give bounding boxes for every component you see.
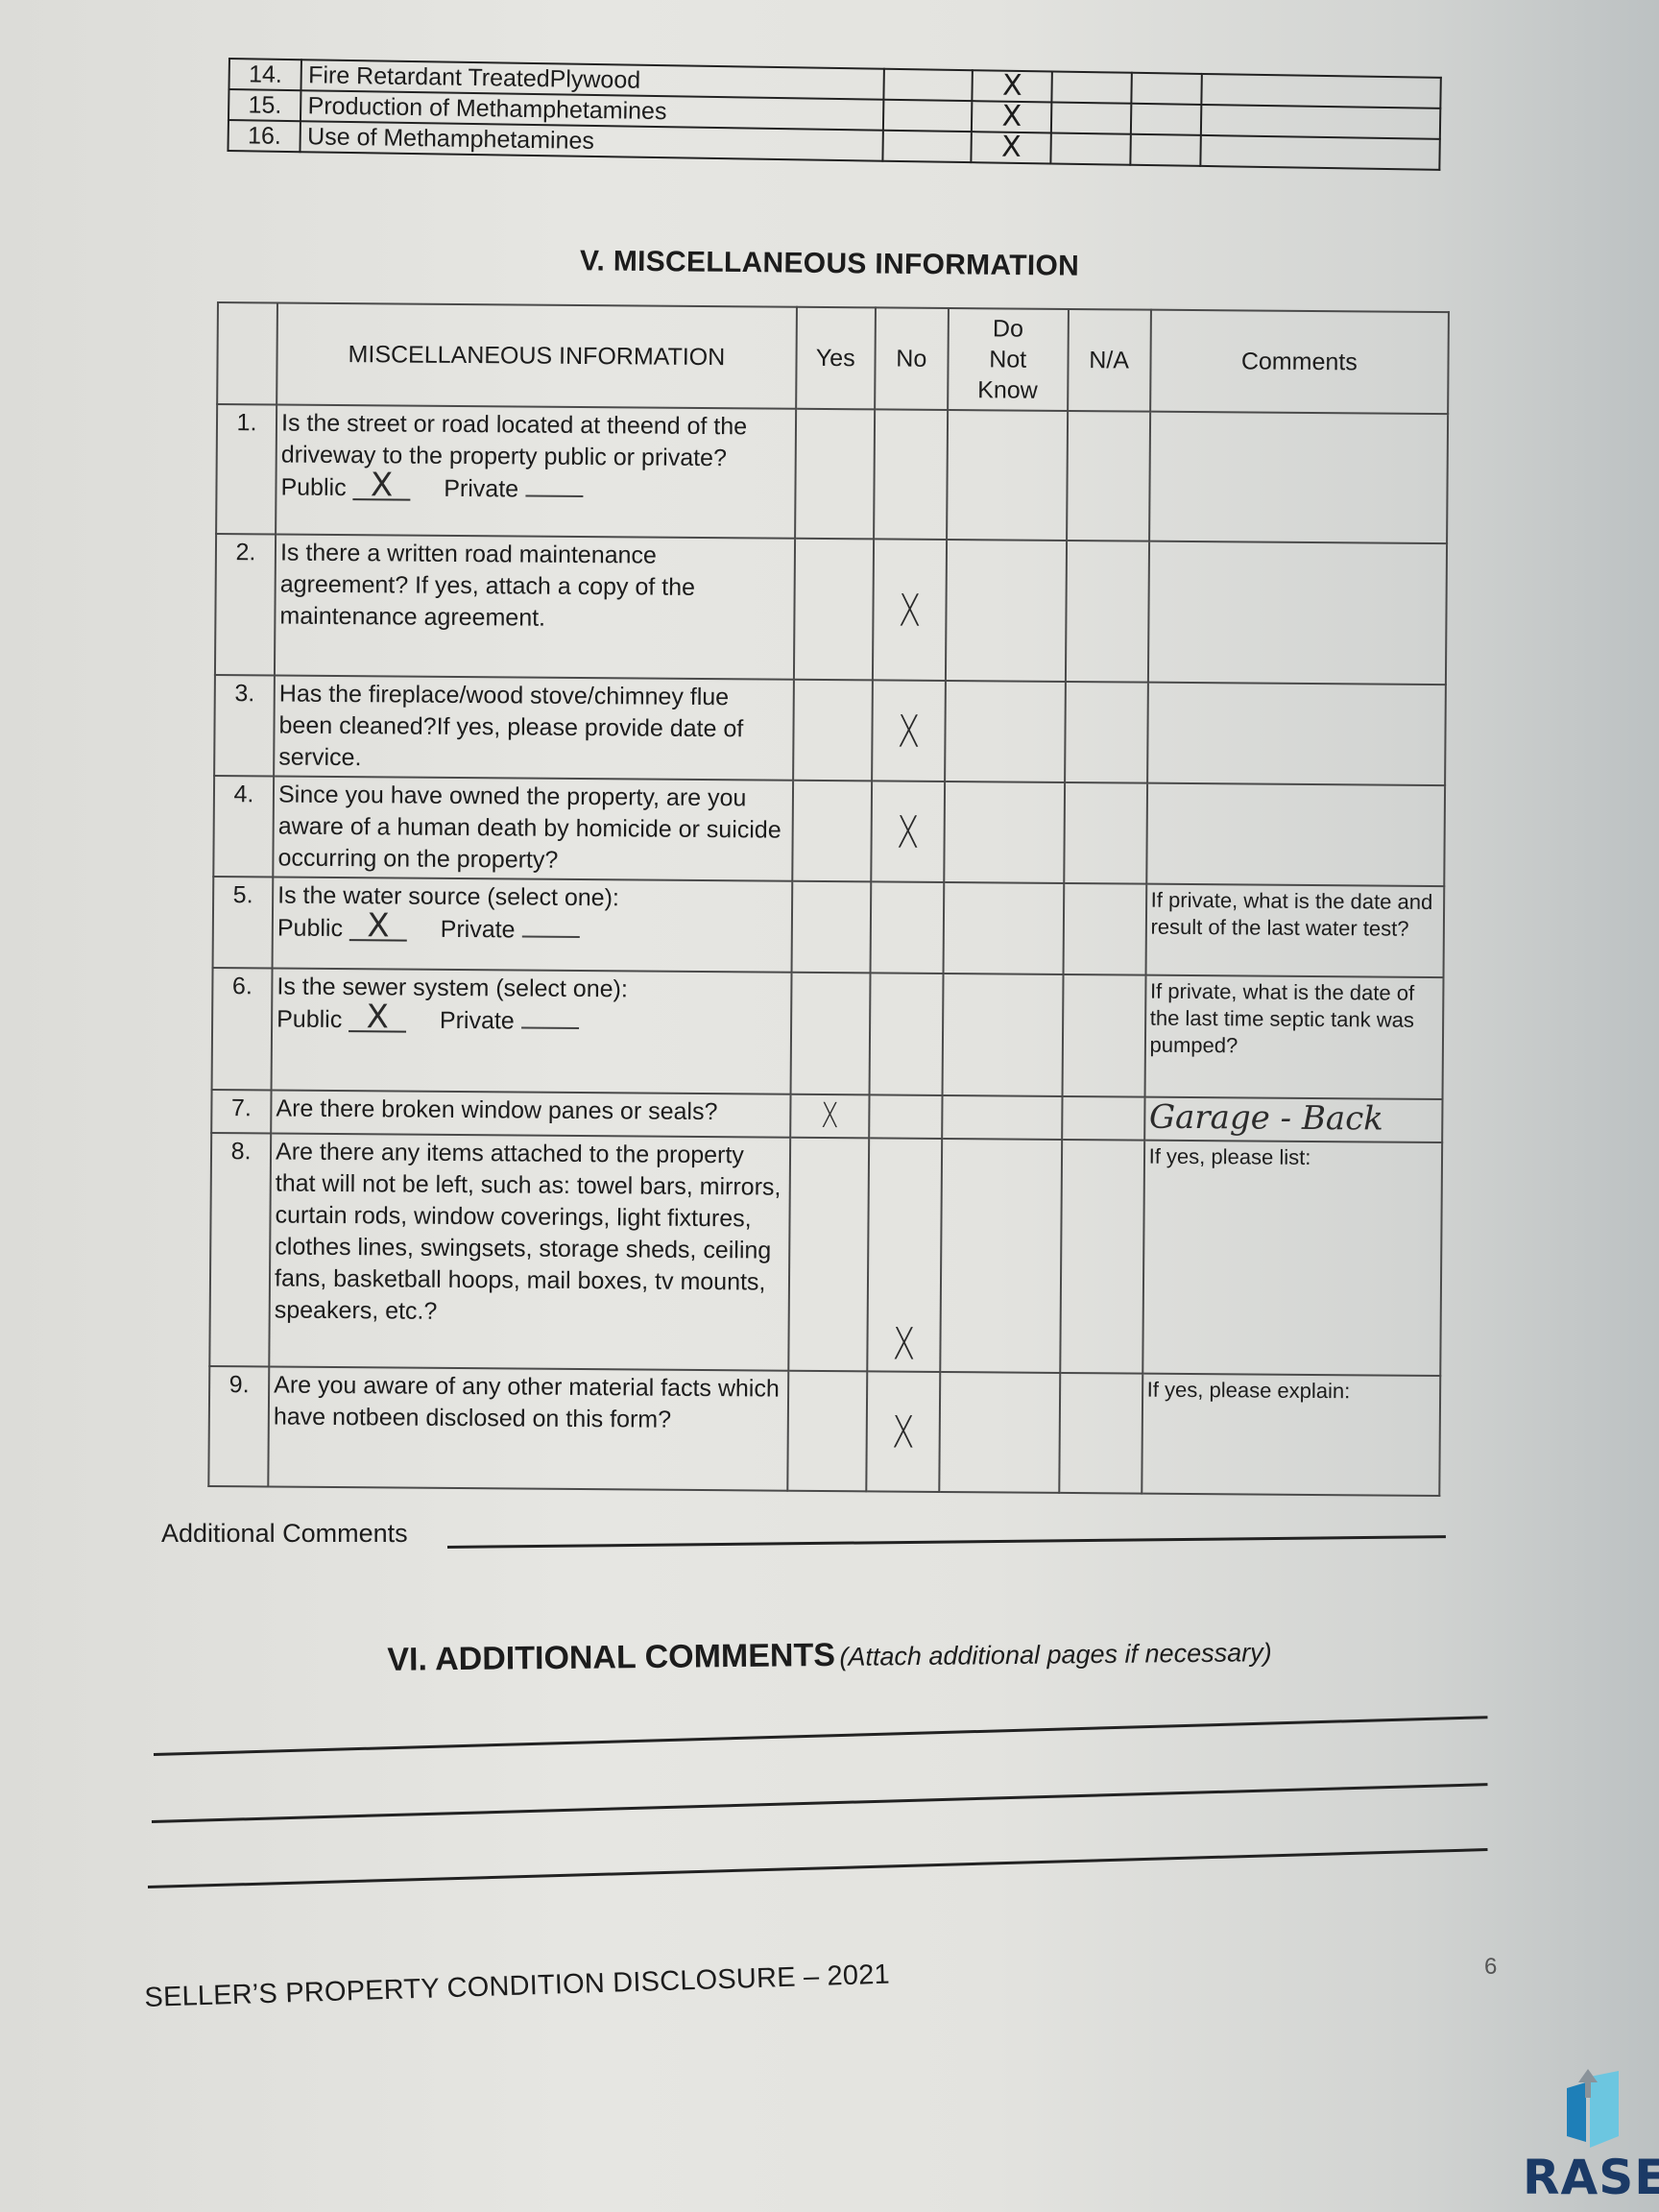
handwritten-comment: Garage - Back xyxy=(1149,1097,1383,1138)
no-cell[interactable]: X xyxy=(873,539,947,681)
na-cell[interactable] xyxy=(1065,682,1148,783)
na-cell[interactable] xyxy=(1059,1373,1142,1494)
na-cell[interactable] xyxy=(1065,541,1148,683)
form-footer-title: SELLER’S PROPERTY CONDITION DISCLOSURE –… xyxy=(144,1960,890,2014)
public-checkbox[interactable]: X xyxy=(349,912,407,941)
dnk-cell xyxy=(1052,71,1132,103)
no-cell[interactable]: X xyxy=(867,1138,942,1372)
comment-line-2[interactable] xyxy=(152,1783,1488,1823)
yes-cell[interactable] xyxy=(795,409,875,540)
na-cell[interactable] xyxy=(1062,1096,1144,1141)
comments-cell[interactable]: If yes, please list: xyxy=(1142,1141,1442,1376)
row-number: 4. xyxy=(213,776,274,877)
private-label: Private xyxy=(444,475,518,503)
question-cell: Is the street or road located at theend … xyxy=(276,404,796,538)
yes-cell xyxy=(883,100,973,132)
section-title-misc: V. MISCELLANEOUS INFORMATION xyxy=(0,239,1659,289)
dnk-cell[interactable] xyxy=(947,410,1068,541)
additional-comments-field[interactable] xyxy=(447,1535,1446,1549)
na-cell[interactable] xyxy=(1067,411,1150,541)
question-cell: Is the sewer system (select one): Public… xyxy=(272,968,792,1094)
table-row: 4. Since you have owned the property, ar… xyxy=(213,776,1445,886)
row-number: 2. xyxy=(215,534,276,675)
dnk-cell[interactable] xyxy=(939,1372,1060,1493)
dnk-cell[interactable] xyxy=(944,781,1064,883)
question-text: Is the street or road located at theend … xyxy=(281,410,748,472)
no-cell[interactable]: X xyxy=(871,781,945,882)
public-checkbox[interactable]: X xyxy=(349,1003,406,1032)
dnk-cell xyxy=(1051,102,1131,133)
dnk-cell[interactable] xyxy=(942,1095,1062,1140)
comments-cell[interactable] xyxy=(1146,783,1445,886)
table-row: 9. Are you aware of any other material f… xyxy=(208,1366,1440,1496)
no-cell-mark: X xyxy=(973,70,1053,102)
rase-logo: RASE xyxy=(1523,2069,1647,2205)
header-info: MISCELLANEOUS INFORMATION xyxy=(276,302,796,408)
row-number: 1. xyxy=(216,404,276,534)
section6-subtitle: (Attach additional pages if necessary) xyxy=(839,1638,1272,1671)
rase-wordmark: RASE xyxy=(1523,2150,1647,2205)
dnk-cell xyxy=(1051,132,1131,164)
private-checkbox[interactable] xyxy=(521,936,579,938)
comment-line-1[interactable] xyxy=(154,1716,1488,1756)
dnk-cell[interactable] xyxy=(943,882,1063,974)
document-page: 14. Fire Retardant TreatedPlywood X 15. … xyxy=(0,0,1659,2212)
yes-cell[interactable] xyxy=(790,973,870,1095)
public-label: Public xyxy=(277,915,343,943)
hazards-table-continued: 14. Fire Retardant TreatedPlywood X 15. … xyxy=(227,58,1441,171)
public-checkbox[interactable]: X xyxy=(352,471,410,500)
comments-cell[interactable]: Garage - Back xyxy=(1144,1097,1443,1142)
question-text: Since you have owned the property, are y… xyxy=(273,776,792,880)
comments-cell[interactable]: If yes, please explain: xyxy=(1142,1374,1440,1496)
table-row: 3. Has the fireplace/wood stove/chimney … xyxy=(214,675,1446,785)
table-row: 5. Is the water source (select one): Pub… xyxy=(213,877,1445,977)
na-cell[interactable] xyxy=(1063,883,1146,975)
comments-cell[interactable] xyxy=(1147,683,1446,785)
dnk-cell[interactable] xyxy=(940,1139,1062,1373)
row-number: 7. xyxy=(211,1090,271,1133)
header-no: No xyxy=(875,307,949,410)
check-x-mark: X xyxy=(878,1317,929,1369)
dnk-cell[interactable] xyxy=(945,681,1065,782)
check-x-mark: X xyxy=(881,805,933,857)
comments-cell xyxy=(1200,135,1440,170)
header-yes: Yes xyxy=(796,307,876,410)
row-number: 8. xyxy=(209,1133,271,1366)
check-x-mark: X xyxy=(882,705,934,757)
no-cell-mark: X xyxy=(972,101,1052,132)
header-comments: Comments xyxy=(1150,310,1449,414)
row-number: 9. xyxy=(208,1366,269,1486)
header-na: N/A xyxy=(1068,309,1151,412)
row-number: 15. xyxy=(228,89,301,121)
yes-cell xyxy=(882,131,972,162)
comment-line-3[interactable] xyxy=(148,1848,1488,1888)
table-row: 2. Is there a written road maintenance a… xyxy=(215,534,1447,685)
question-cell: Is the water source (select one): Public… xyxy=(273,877,792,972)
na-cell[interactable] xyxy=(1062,974,1145,1097)
header-num xyxy=(217,302,277,404)
private-checkbox[interactable] xyxy=(521,1027,579,1029)
yes-cell[interactable] xyxy=(791,881,871,974)
yes-cell[interactable] xyxy=(793,680,873,781)
no-cell[interactable] xyxy=(874,409,948,540)
no-cell[interactable]: X xyxy=(872,680,946,781)
na-cell xyxy=(1131,73,1201,105)
table-row: 6. Is the sewer system (select one): Pub… xyxy=(212,968,1444,1099)
dnk-cell[interactable] xyxy=(946,540,1067,682)
yes-cell[interactable] xyxy=(787,1371,867,1492)
page-number: 6 xyxy=(1484,1954,1497,1981)
yes-cell xyxy=(883,69,973,101)
table-row: 1. Is the street or road located at thee… xyxy=(216,404,1448,543)
na-cell xyxy=(1131,104,1201,135)
question-text: Are there any items attached to the prop… xyxy=(269,1133,790,1370)
row-number: 14. xyxy=(228,59,301,90)
no-cell-mark: X xyxy=(972,132,1052,163)
comments-cell[interactable] xyxy=(1148,541,1448,685)
check-x-mark: X xyxy=(883,584,935,636)
rase-door-icon xyxy=(1565,2069,1619,2148)
comments-cell[interactable] xyxy=(1149,412,1448,543)
row-number: 6. xyxy=(212,968,273,1090)
question-text: Is there a written road maintenance agre… xyxy=(275,534,795,679)
additional-comments-label: Additional Comments xyxy=(161,1519,408,1549)
na-cell[interactable] xyxy=(1064,782,1147,884)
comments-cell xyxy=(1201,105,1441,139)
no-cell[interactable] xyxy=(869,973,943,1095)
header-dnk: Do Not Know xyxy=(948,308,1069,411)
dnk-cell[interactable] xyxy=(942,974,1063,1096)
question-text: Are you aware of any other material fact… xyxy=(268,1366,788,1490)
na-cell[interactable] xyxy=(1060,1140,1144,1374)
misc-info-table: MISCELLANEOUS INFORMATION Yes No Do Not … xyxy=(207,301,1450,1497)
public-label: Public xyxy=(280,474,346,502)
question-text: Is the sewer system (select one): xyxy=(276,974,628,1003)
private-checkbox[interactable] xyxy=(525,495,583,497)
no-cell[interactable]: X xyxy=(866,1371,940,1492)
question-text: Are there broken window panes or seals? xyxy=(271,1090,790,1137)
question-text: Is the water source (select one): xyxy=(277,882,619,912)
section6-title: VI. ADDITIONAL COMMENTS xyxy=(387,1637,835,1678)
table-header-row: MISCELLANEOUS INFORMATION Yes No Do Not … xyxy=(217,302,1449,414)
section-title-additional-comments: VI. ADDITIONAL COMMENTS (Attach addition… xyxy=(0,1628,1659,1683)
no-cell[interactable] xyxy=(870,881,944,974)
yes-cell[interactable] xyxy=(792,781,872,882)
yes-cell[interactable]: X xyxy=(790,1094,869,1139)
public-label: Public xyxy=(276,1006,342,1034)
yes-cell[interactable] xyxy=(788,1138,869,1372)
check-x-mark: X xyxy=(802,1099,858,1132)
row-number: 5. xyxy=(213,877,274,968)
na-cell xyxy=(1130,134,1200,166)
row-number: 3. xyxy=(214,675,275,776)
comments-cell[interactable]: If private, what is the date of the last… xyxy=(1144,975,1443,1099)
comments-cell[interactable]: If private, what is the date and result … xyxy=(1145,884,1444,977)
no-cell[interactable] xyxy=(869,1094,942,1139)
private-label: Private xyxy=(440,1007,515,1035)
check-x-mark: X xyxy=(877,1406,928,1457)
yes-cell[interactable] xyxy=(794,539,874,681)
private-label: Private xyxy=(441,916,516,944)
comments-cell xyxy=(1201,74,1441,108)
question-text: Has the fireplace/wood stove/chimney flu… xyxy=(274,675,793,780)
row-number: 16. xyxy=(228,120,301,152)
table-row: 8. Are there any items attached to the p… xyxy=(209,1133,1442,1376)
